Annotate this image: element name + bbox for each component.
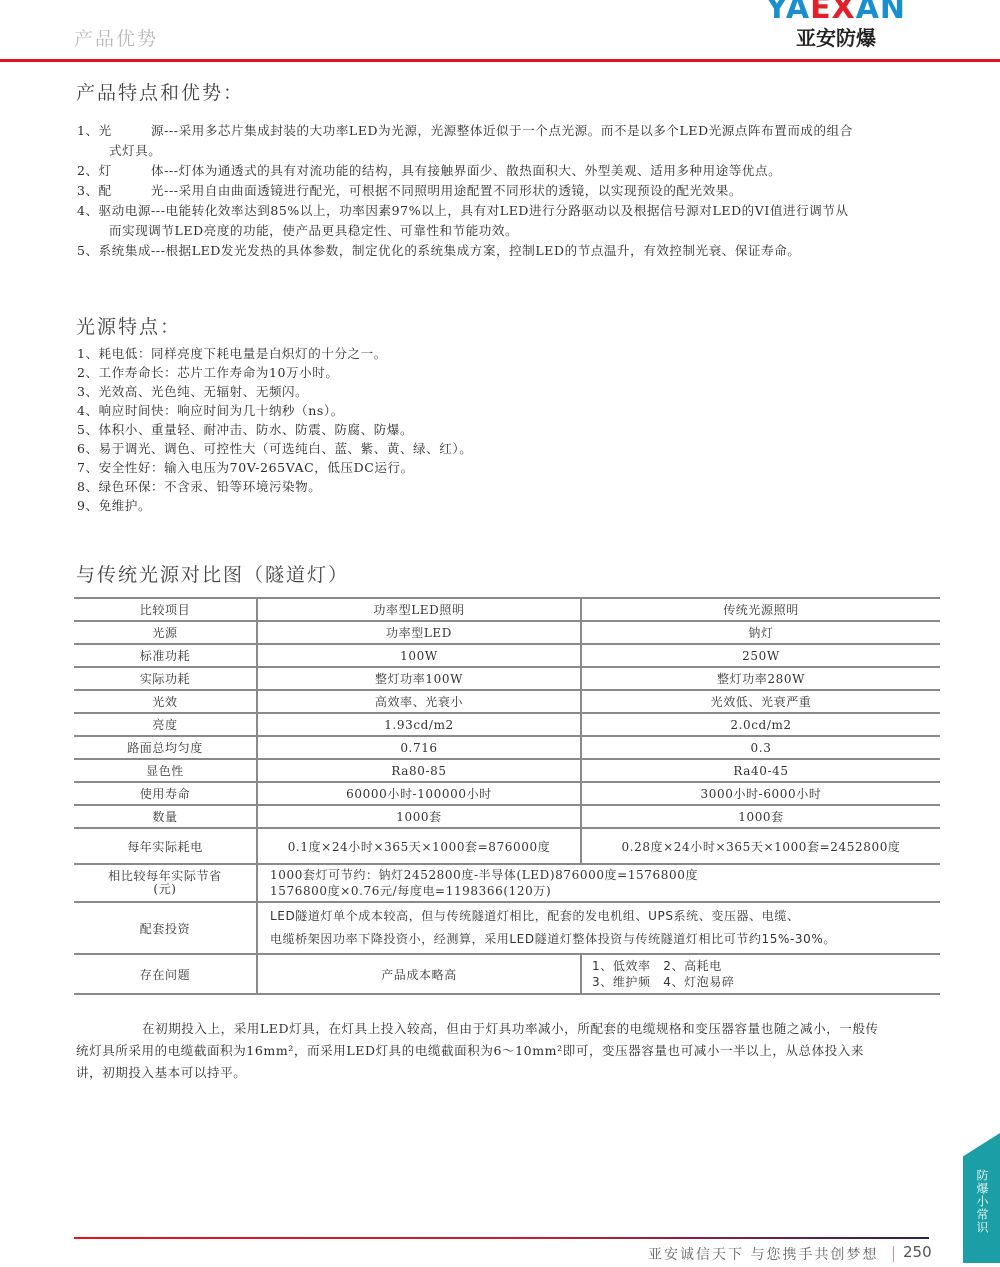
advantage-item: 4、驱动电源---电能转化效率达到85%以上，功率因素97%以上，具有对LED进… [77, 201, 853, 221]
advantage-item: 3、配 光---采用自由曲面透镜进行配光，可根据不同照明用途配置不同形状的透镜，… [77, 181, 853, 201]
traditional-value: 光效低、光衰严重 [581, 690, 940, 713]
led-value: Ra80-85 [257, 759, 581, 782]
traditional-value: 250W [581, 644, 940, 667]
traditional-value: 3000小时-6000小时 [581, 782, 940, 805]
advantages-list: 1、光 源---采用多芯片集成封装的大功率LED为光源，光源整体近似于一个点光源… [77, 121, 853, 261]
feature-item: 2、工作寿命长：芯片工作寿命为10万小时。 [77, 363, 472, 382]
table-row: 标准功耗 100W 250W [74, 644, 940, 667]
logo-chinese: 亚安防爆 [762, 25, 910, 51]
light-source-list: 1、耗电低：同样亮度下耗电量是白炽灯的十分之一。 2、工作寿命长：芯片工作寿命为… [77, 344, 472, 515]
table-row: 显色性 Ra80-85 Ra40-45 [74, 759, 940, 782]
side-tab: 防爆小常识 [963, 1133, 1000, 1263]
row-label: 实际功耗 [74, 667, 257, 690]
company-logo: YAEXAN 亚安防爆 [762, 0, 910, 51]
led-value: 60000小时-100000小时 [257, 782, 581, 805]
row-label: 标准功耗 [74, 644, 257, 667]
row-label: 光效 [74, 690, 257, 713]
feature-item: 3、光效高、光色纯、无辐射、无频闪。 [77, 382, 472, 401]
row-label: 亮度 [74, 713, 257, 736]
row-label: 数量 [74, 805, 257, 828]
led-value: 功率型LED [257, 621, 581, 644]
traditional-value: Ra40-45 [581, 759, 940, 782]
table-row: 光效 高效率、光衰小 光效低、光衰严重 [74, 690, 940, 713]
row-label: 使用寿命 [74, 782, 257, 805]
row-label: 光源 [74, 621, 257, 644]
led-value: 1000套 [257, 805, 581, 828]
table-row: 路面总均匀度 0.716 0.3 [74, 736, 940, 759]
header-cell: 比较项目 [74, 598, 257, 621]
comparison-title: 与传统光源对比图（隧道灯） [76, 560, 349, 587]
row-label: 相比较每年实际节省 (元) [74, 864, 257, 902]
table-header-row: 比较项目 功率型LED照明 传统光源照明 [74, 598, 940, 621]
led-value: 0.1度×24小时×365天×1000套=876000度 [257, 828, 581, 864]
feature-item: 5、体积小、重量轻、耐冲击、防水、防震、防腐、防爆。 [77, 420, 472, 439]
header-cell: 传统光源照明 [581, 598, 940, 621]
feature-item: 8、绿色环保：不含汞、铅等环境污染物。 [77, 477, 472, 496]
row-label: 每年实际耗电 [74, 828, 257, 864]
advantage-item: 2、灯 体---灯体为通透式的具有对流功能的结构，具有接触界面少、散热面积大、外… [77, 161, 853, 181]
traditional-value: 钠灯 [581, 621, 940, 644]
led-value: 整灯功率100W [257, 667, 581, 690]
feature-item: 9、免维护。 [77, 496, 472, 515]
savings-value: 1000套灯可节约：钠灯2452800度-半导体(LED)876000度=157… [257, 864, 940, 902]
advantage-item-continuation: 式灯具。 [77, 141, 853, 161]
led-value: 高效率、光衰小 [257, 690, 581, 713]
advantage-item: 5、系统集成---根据LED发光发热的具体参数，制定优化的系统集成方案，控制LE… [77, 241, 853, 261]
investment-value: LED隧道灯单个成本较高，但与传统隧道灯相比，配套的发电机组、UPS系统、变压器… [257, 902, 940, 954]
feature-item: 6、易于调光、调色、可控性大（可选纯白、蓝、紫、黄、绿、红）。 [77, 439, 472, 458]
traditional-value: 2.0cd/m2 [581, 713, 940, 736]
advantage-item-continuation: 而实现调节LED亮度的功能，使产品更具稳定性、可靠性和节能功效。 [77, 221, 853, 241]
traditional-value: 整灯功率280W [581, 667, 940, 690]
feature-item: 1、耗电低：同样亮度下耗电量是白炽灯的十分之一。 [77, 344, 472, 363]
row-label: 存在问题 [74, 954, 257, 994]
summary-paragraph: 在初期投入上，采用LED灯具，在灯具上投入较高，但由于灯具功率减小，所配套的电缆… [76, 1018, 936, 1084]
led-value: 产品成本略高 [257, 954, 581, 994]
footer-separator [893, 1246, 894, 1262]
row-label: 路面总均匀度 [74, 736, 257, 759]
footer-divider [74, 1237, 929, 1239]
advantages-title: 产品特点和优势： [76, 78, 244, 105]
table-row: 光源 功率型LED 钠灯 [74, 621, 940, 644]
header-section-label: 产品优势 [74, 24, 158, 51]
footer-slogan: 亚安诚信天下 与您携手共创梦想 [648, 1244, 878, 1264]
light-source-title: 光源特点： [76, 312, 181, 339]
led-value: 0.716 [257, 736, 581, 759]
logo-english: YAEXAN [762, 0, 910, 24]
comparison-table: 比较项目 功率型LED照明 传统光源照明 光源 功率型LED 钠灯 标准功耗 1… [74, 597, 940, 995]
row-label: 显色性 [74, 759, 257, 782]
traditional-value: 1000套 [581, 805, 940, 828]
led-value: 100W [257, 644, 581, 667]
row-label: 配套投资 [74, 902, 257, 954]
header-cell: 功率型LED照明 [257, 598, 581, 621]
table-row-savings: 相比较每年实际节省 (元) 1000套灯可节约：钠灯2452800度-半导体(L… [74, 864, 940, 902]
traditional-value: 0.28度×24小时×365天×1000套=2452800度 [581, 828, 940, 864]
traditional-value: 1、低效率 2、高耗电 3、维护频 4、灯泡易碎 [581, 954, 940, 994]
header-divider [0, 59, 1000, 62]
led-value: 1.93cd/m2 [257, 713, 581, 736]
table-row: 使用寿命 60000小时-100000小时 3000小时-6000小时 [74, 782, 940, 805]
table-row-investment: 配套投资 LED隧道灯单个成本较高，但与传统隧道灯相比，配套的发电机组、UPS系… [74, 902, 940, 954]
table-row: 数量 1000套 1000套 [74, 805, 940, 828]
advantage-item: 1、光 源---采用多芯片集成封装的大功率LED为光源，光源整体近似于一个点光源… [77, 121, 853, 141]
feature-item: 7、安全性好：输入电压为70V-265VAC，低压DC运行。 [77, 458, 472, 477]
feature-item: 4、响应时间快：响应时间为几十纳秒（ns）。 [77, 401, 472, 420]
page-number: 250 [903, 1243, 932, 1261]
table-row: 实际功耗 整灯功率100W 整灯功率280W [74, 667, 940, 690]
traditional-value: 0.3 [581, 736, 940, 759]
side-tab-label: 防爆小常识 [963, 1169, 1000, 1234]
table-row-issues: 存在问题 产品成本略高 1、低效率 2、高耗电 3、维护频 4、灯泡易碎 [74, 954, 940, 994]
table-row: 每年实际耗电 0.1度×24小时×365天×1000套=876000度 0.28… [74, 828, 940, 864]
table-row: 亮度 1.93cd/m2 2.0cd/m2 [74, 713, 940, 736]
